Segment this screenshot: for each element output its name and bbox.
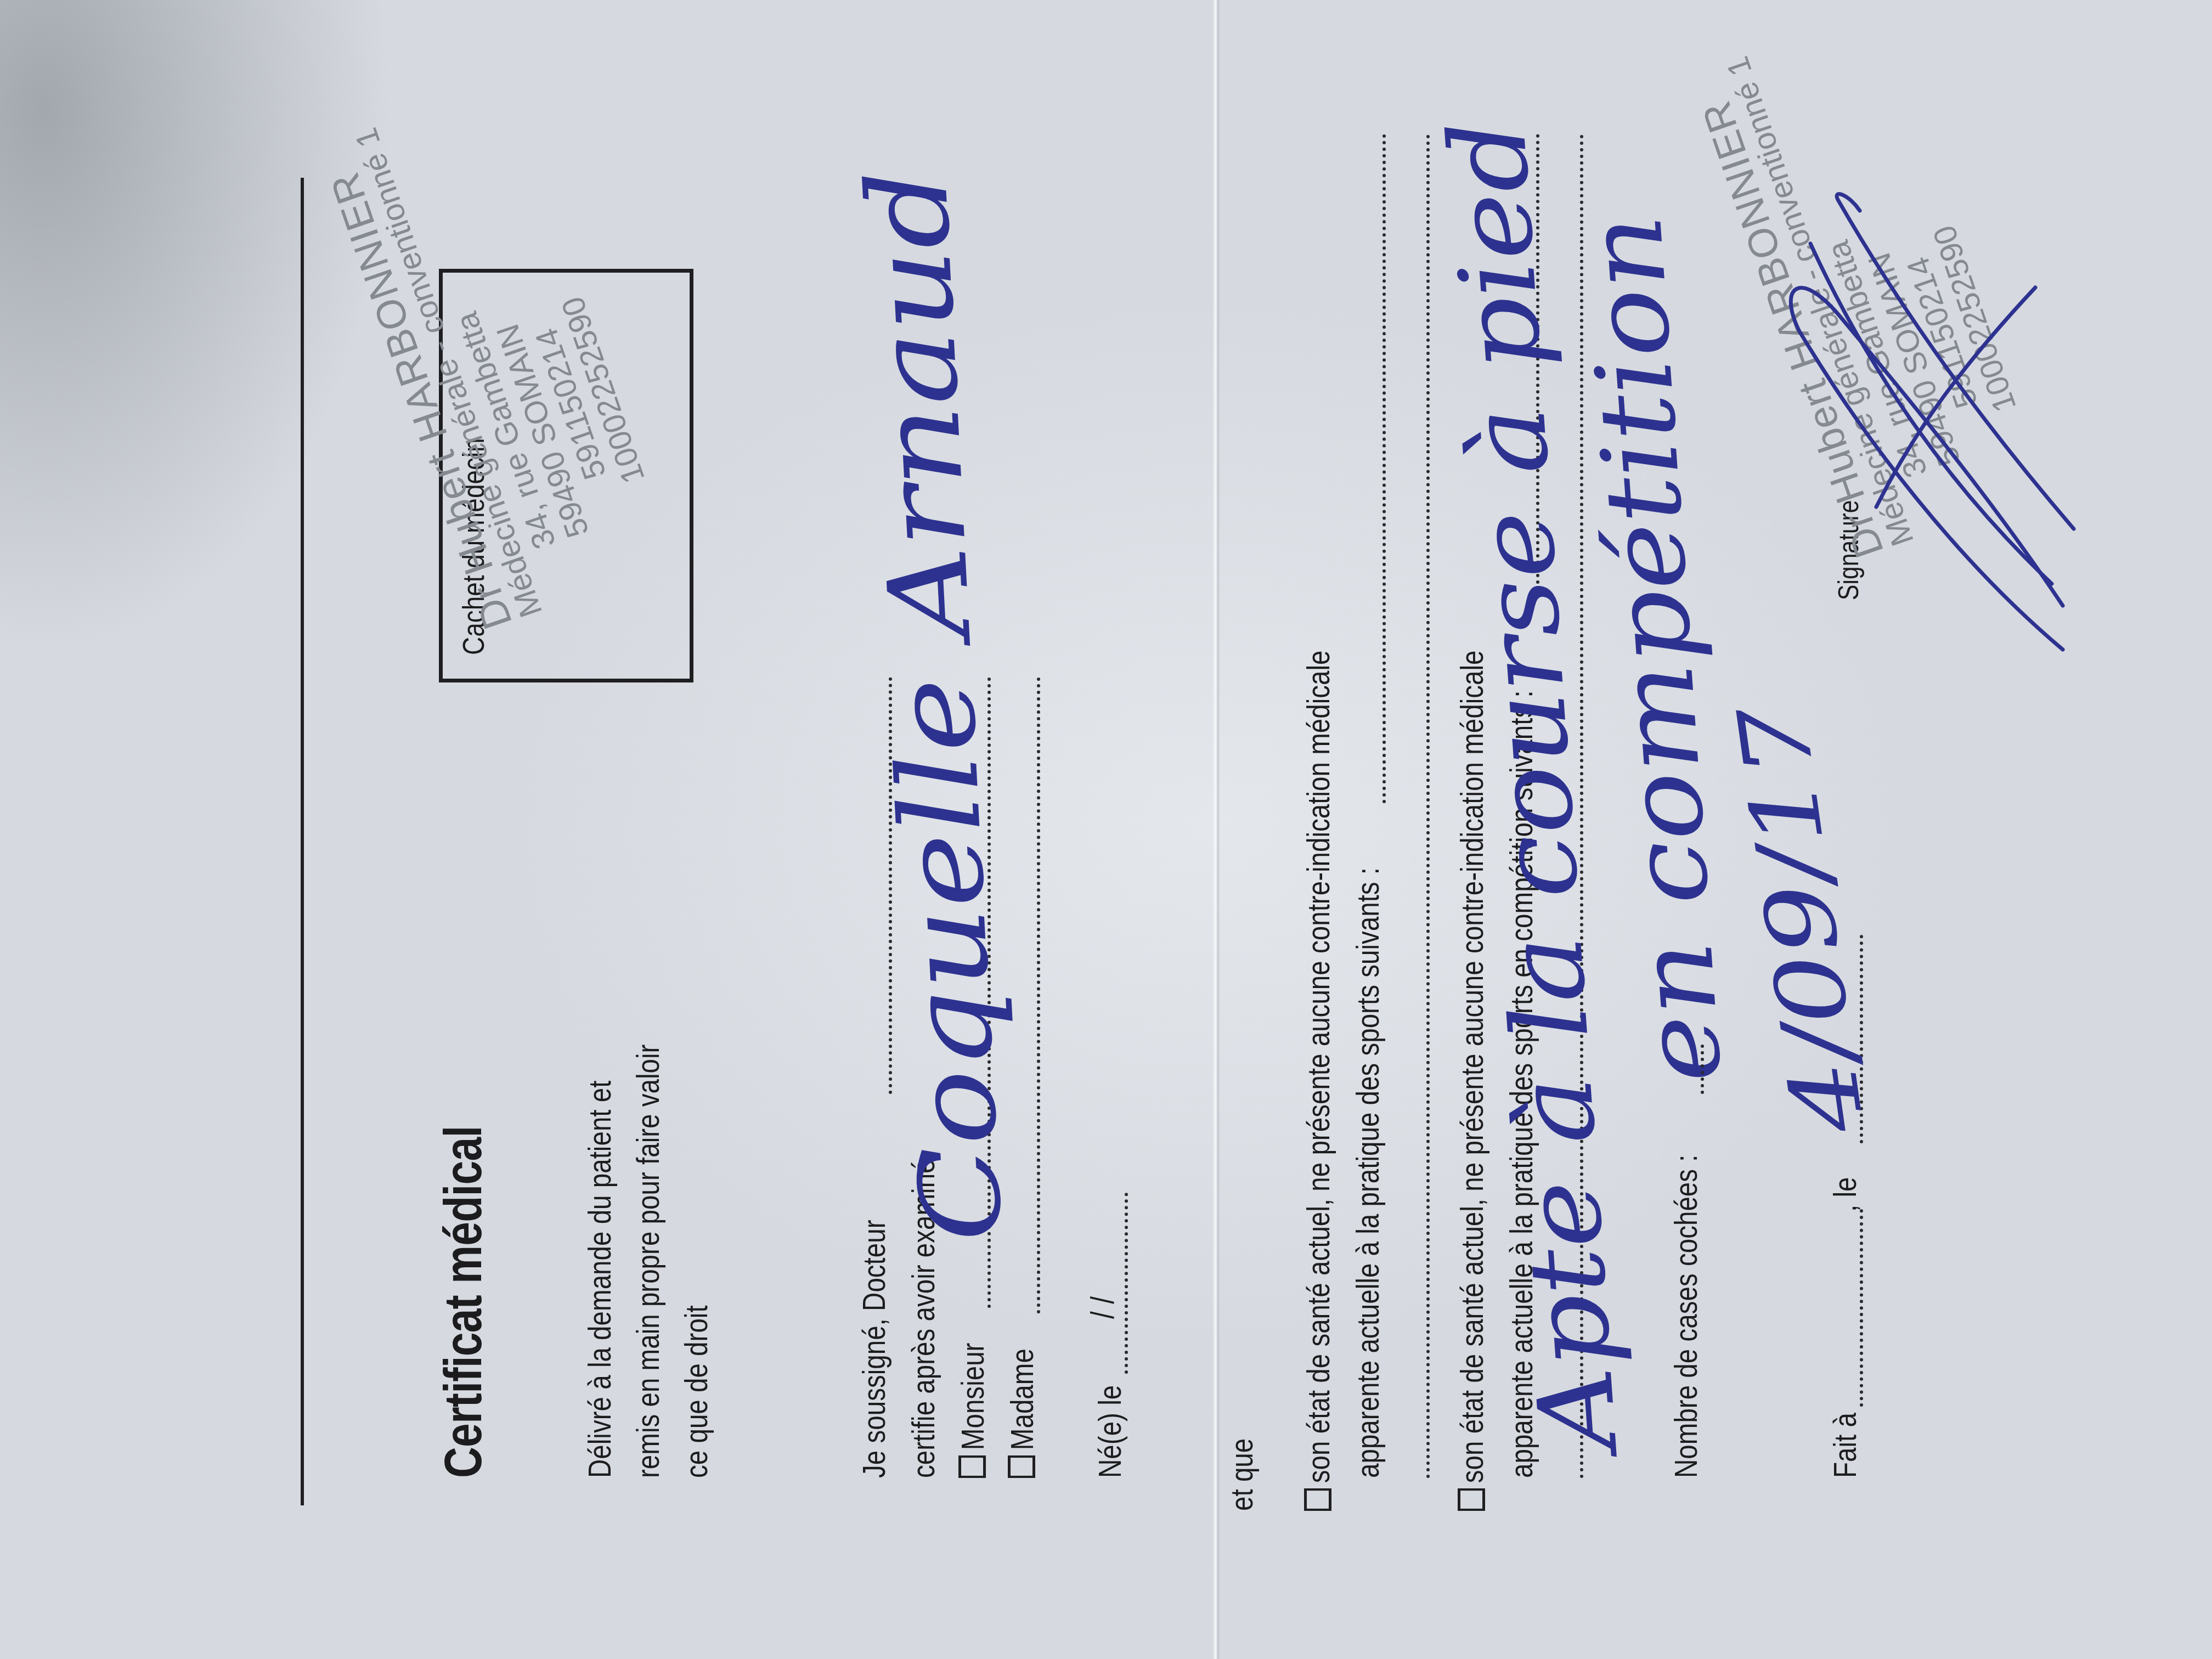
monsieur-label: Monsieur [955,1343,991,1451]
declaration-text: Je soussigné, Docteur [856,1220,892,1478]
born-row: Né(e) le [1092,1385,1128,1478]
monsieur-row: Monsieur [955,1343,991,1478]
document-title: Certificat médical [433,1126,494,1478]
option-1-sports-field-2[interactable] [1426,134,1430,1478]
birth-date-separators: / / [1084,1296,1121,1319]
option-1-text: son état de santé actuel, ne présente au… [1301,651,1336,1483]
option-1-line-1: son état de santé actuel, ne présente au… [1300,651,1337,1511]
option-1-checkbox[interactable] [1304,1488,1331,1511]
intro-line: ce que de droit [673,1045,721,1478]
checked-count-row: Nombre de cases cochées : [1668,1154,1705,1478]
madame-label: Madame [1005,1348,1040,1450]
madame-row: Madame [1004,1348,1041,1478]
madame-name-field[interactable] [1037,677,1040,1313]
intro-text: Délivré à la demande du patient et remis… [576,1045,721,1478]
option-2-checkbox[interactable] [1458,1488,1485,1511]
declaration-line-1: Je soussigné, Docteur [856,1220,893,1478]
doctor-handwritten-signature [1778,178,2085,672]
et-que-label: et que [1223,1438,1260,1511]
header-rule [301,178,304,1505]
checked-count-field[interactable] [1701,1045,1704,1094]
fait-a-label: Fait à [1827,1413,1863,1478]
checked-count-label: Nombre de cases cochées : [1668,1154,1704,1478]
intro-line: Délivré à la demande du patient et [576,1045,624,1478]
fait-a-row: Fait à [1827,1413,1864,1478]
option-1-line-2: apparente actuelle à la pratique des spo… [1350,867,1386,1478]
monsieur-checkbox[interactable] [958,1455,986,1478]
medical-certificate-page: Certificat médical Délivré à la demande … [0,0,2212,1659]
intro-line: remis en main propre pour faire valoir [624,1045,673,1478]
le-label: , le [1827,1177,1864,1212]
option-1-sports-field-1[interactable] [1383,134,1386,803]
born-label: Né(e) le [1092,1385,1128,1478]
madame-checkbox[interactable] [1008,1455,1035,1478]
handwritten-patient-name: Coquelle Arnaud [844,166,1028,1245]
birth-date-field[interactable] [1125,1193,1128,1374]
fait-a-field[interactable] [1860,1209,1863,1407]
